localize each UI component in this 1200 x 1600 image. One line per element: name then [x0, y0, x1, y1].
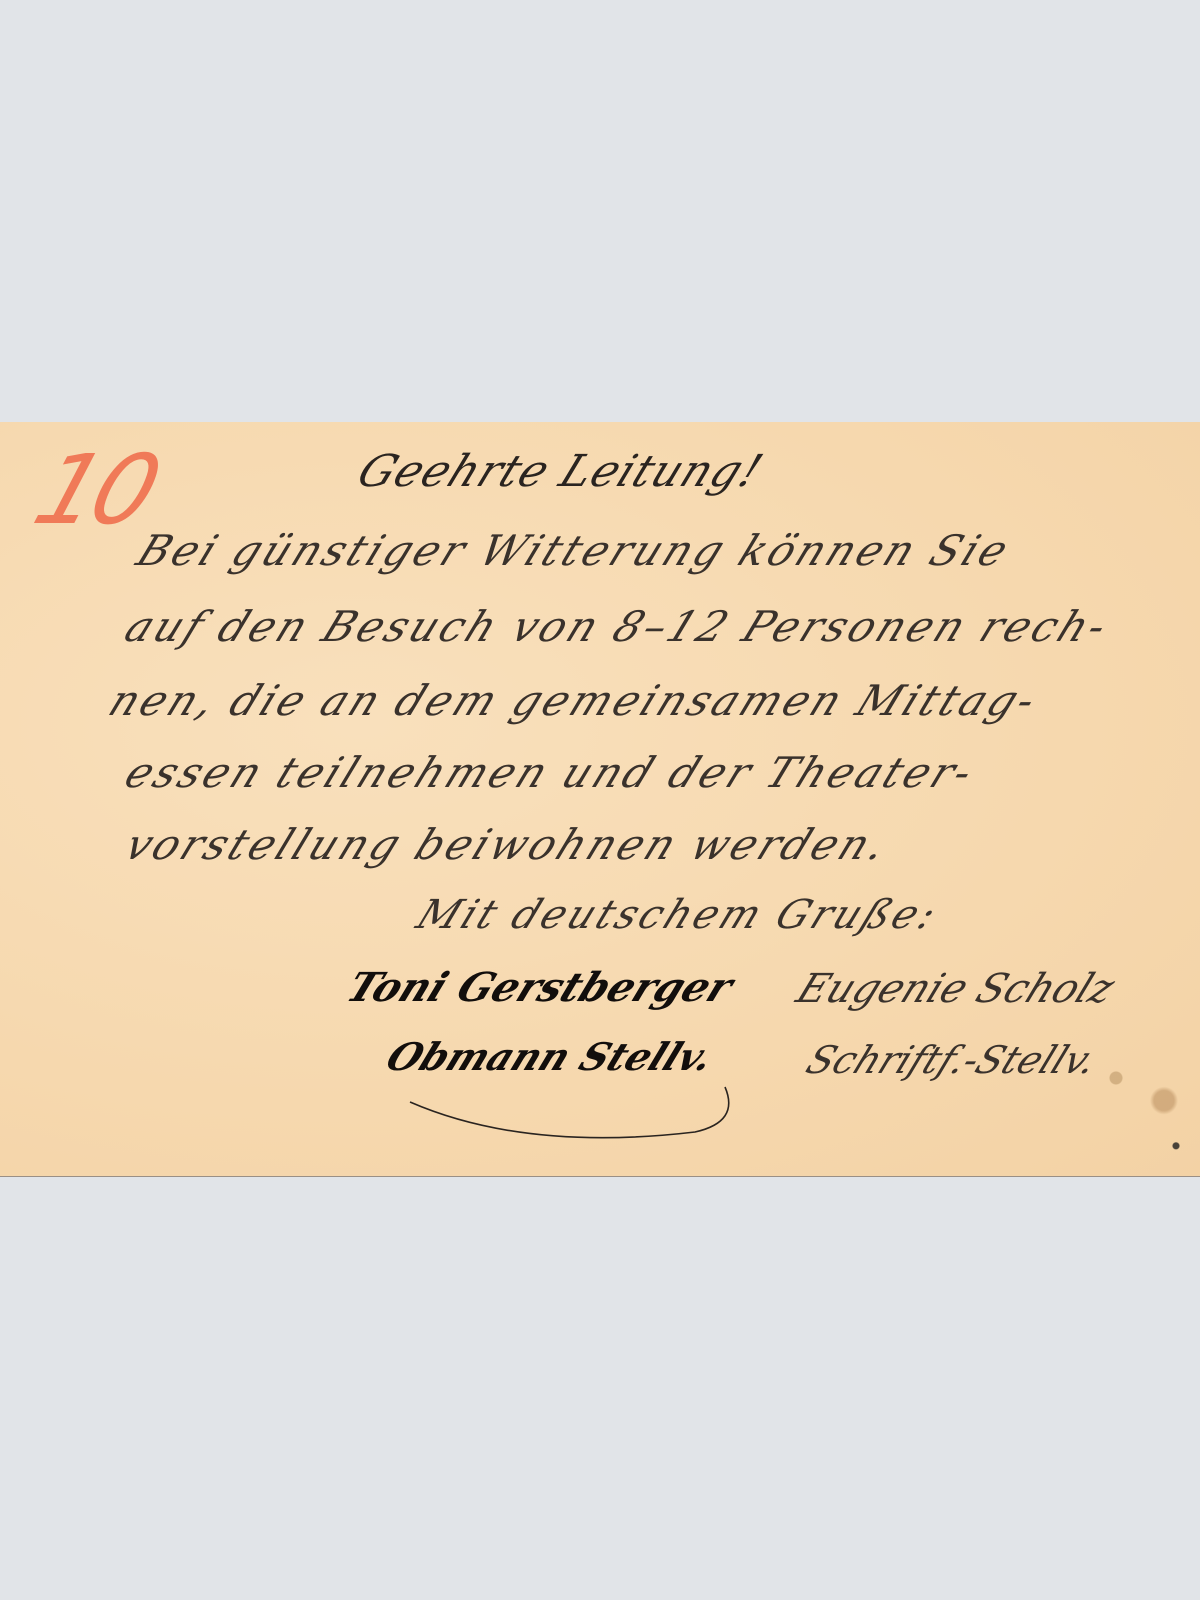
body-line-5: vorstellung beiwohnen werden.	[118, 820, 897, 869]
red-crayon-number: 10	[22, 434, 169, 546]
body-line-2: auf den Besuch von 8–12 Personen rech-	[118, 602, 1117, 651]
signature-right-title: Schriftf.-Stellv.	[800, 1038, 1104, 1082]
signature-flourish	[405, 1082, 745, 1142]
signature-right-name: Eugenie Scholz	[790, 966, 1121, 1012]
body-line-4: essen teilnehmen und der Theater-	[118, 748, 983, 797]
salutation: Geehrte Leitung!	[350, 446, 770, 497]
body-line-3: nen, die an dem gemeinsamen Mittag-	[102, 676, 1046, 725]
postcard: 10 Geehrte Leitung! Bei günstiger Witter…	[0, 422, 1200, 1176]
closing-greeting: Mit deutschem Gruße:	[410, 892, 946, 938]
body-line-1: Bei günstiger Witterung können Sie	[130, 526, 1018, 575]
signature-left-name: Toni Gerstberger	[340, 964, 740, 1011]
signature-left-title: Obmann Stellv.	[380, 1034, 721, 1079]
